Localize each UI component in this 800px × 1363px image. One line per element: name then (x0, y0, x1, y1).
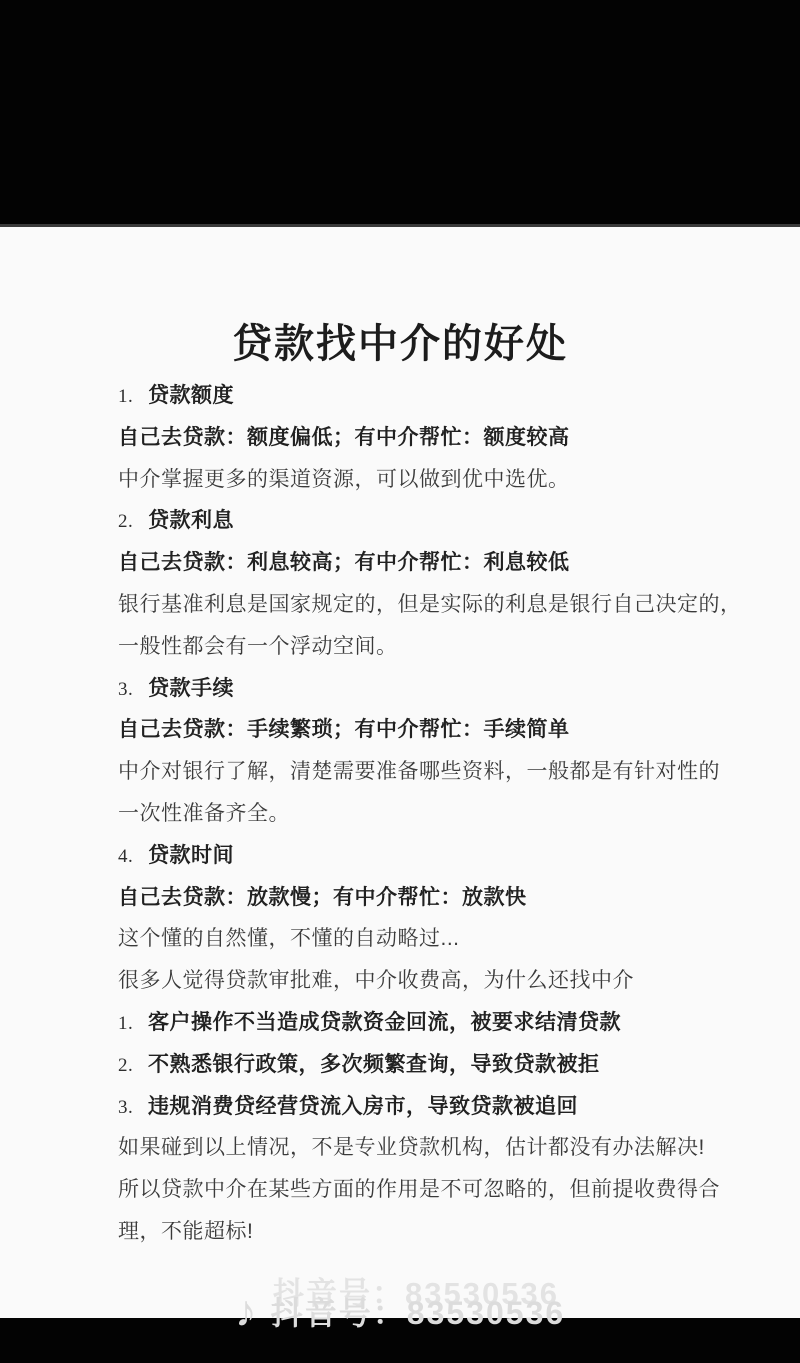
body-line: 中介对银行了解，清楚需要准备哪些资料，一般都是有针对性的 (118, 751, 720, 793)
list-item: 1.贷款额度 (118, 375, 720, 417)
body-line: 这个懂的自然懂，不懂的自动略过... (118, 918, 720, 960)
line-text: 所以贷款中介在某些方面的作用是不可忽略的，但前提收费得合 (118, 1178, 720, 1201)
list-item: 2.不熟悉银行政策，多次频繁查询，导致贷款被拒 (118, 1044, 720, 1086)
music-note-icon: ♪ (235, 1292, 257, 1332)
line-text: 银行基准利息是国家规定的，但是实际的利息是银行自己决定的， (118, 593, 742, 616)
line-text: 这个懂的自然懂，不懂的自动略过... (118, 927, 460, 950)
list-item-number: 1. (118, 376, 148, 418)
body-line: 如果碰到以上情况，不是专业贷款机构，估计都没有办法解决! (118, 1127, 720, 1169)
line-text: 很多人觉得贷款审批难，中介收费高，为什么还找中介 (118, 969, 634, 992)
body-line: 银行基准利息是国家规定的，但是实际的利息是银行自己决定的， (118, 584, 720, 626)
line-text: 中介掌握更多的渠道资源，可以做到优中选优。 (118, 468, 570, 491)
body-line: 所以贷款中介在某些方面的作用是不可忽略的，但前提收费得合 (118, 1169, 720, 1211)
list-item-number: 2. (118, 501, 148, 543)
body-line: 一般性都会有一个浮动空间。 (118, 626, 720, 668)
line-text: 违规消费贷经营贷流入房市，导致贷款被追回 (148, 1095, 578, 1118)
emphasis-line: 自己去贷款：利息较高；有中介帮忙：利息较低 (118, 542, 720, 584)
body-line: 很多人觉得贷款审批难，中介收费高，为什么还找中介 (118, 960, 720, 1002)
line-text: 贷款时间 (148, 844, 234, 867)
line-text: 自己去贷款：放款慢；有中介帮忙：放款快 (118, 886, 527, 909)
body-line: 中介掌握更多的渠道资源，可以做到优中选优。 (118, 459, 720, 501)
line-text: 中介对银行了解，清楚需要准备哪些资料，一般都是有针对性的 (118, 760, 720, 783)
watermark: ♪ 抖音号：83530536 (0, 1292, 800, 1334)
line-text: 一般性都会有一个浮动空间。 (118, 635, 398, 658)
body-line: 理，不能超标! (118, 1211, 720, 1253)
line-text: 不熟悉银行政策，多次频繁查询，导致贷款被拒 (148, 1053, 600, 1076)
line-text: 理，不能超标! (118, 1220, 253, 1243)
top-letterbox-bar (0, 0, 800, 227)
emphasis-line: 自己去贷款：手续繁琐；有中介帮忙：手续简单 (118, 709, 720, 751)
watermark-label: 抖音号：83530536 (271, 1292, 565, 1334)
emphasis-line: 自己去贷款：放款慢；有中介帮忙：放款快 (118, 877, 720, 919)
list-item-number: 4. (118, 836, 148, 878)
line-text: 自己去贷款：利息较高；有中介帮忙：利息较低 (118, 551, 570, 574)
list-item: 3.贷款手续 (118, 668, 720, 710)
line-text: 贷款额度 (148, 384, 234, 407)
line-text: 贷款利息 (148, 509, 234, 532)
line-text: 客户操作不当造成贷款资金回流，被要求结清贷款 (148, 1011, 621, 1034)
line-text: 一次性准备齐全。 (118, 802, 290, 825)
list-item-number: 3. (118, 669, 148, 711)
list-item: 4.贷款时间 (118, 835, 720, 877)
list-item-number: 2. (118, 1045, 148, 1087)
document-body: 1.贷款额度自己去贷款：额度偏低；有中介帮忙：额度较高中介掌握更多的渠道资源，可… (118, 375, 720, 1253)
emphasis-line: 自己去贷款：额度偏低；有中介帮忙：额度较高 (118, 417, 720, 459)
line-text: 自己去贷款：额度偏低；有中介帮忙：额度较高 (118, 426, 570, 449)
list-item: 2.贷款利息 (118, 500, 720, 542)
line-text: 自己去贷款：手续繁琐；有中介帮忙：手续简单 (118, 718, 570, 741)
page-title: 贷款找中介的好处 (0, 315, 800, 373)
line-text: 如果碰到以上情况，不是专业贷款机构，估计都没有办法解决! (118, 1136, 705, 1159)
list-item: 1.客户操作不当造成贷款资金回流，被要求结清贷款 (118, 1002, 720, 1044)
list-item-number: 3. (118, 1087, 148, 1129)
list-item: 3.违规消费贷经营贷流入房市，导致贷款被追回 (118, 1086, 720, 1128)
body-line: 一次性准备齐全。 (118, 793, 720, 835)
list-item-number: 1. (118, 1003, 148, 1045)
line-text: 贷款手续 (148, 677, 234, 700)
